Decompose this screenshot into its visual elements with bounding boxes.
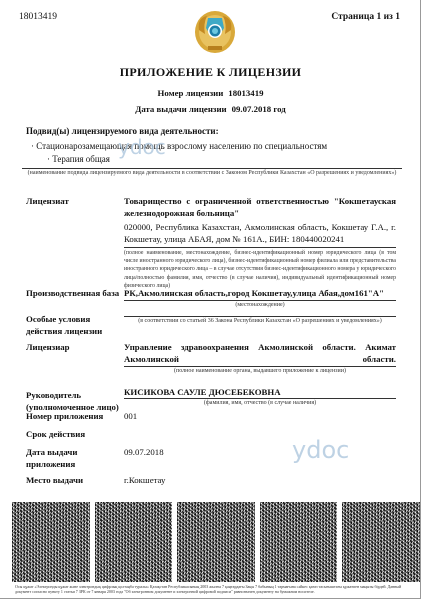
license-appendix-page: 18013419 Страница 1 из 1 ПРИЛОЖЕНИЕ К ЛИ…: [0, 0, 421, 599]
page-indicator: Страница 1 из 1: [331, 12, 400, 22]
head-label-line1: Руководитель: [26, 389, 119, 401]
place-label: Место выдачи: [26, 474, 83, 486]
license-date-value: 09.07.2018 год: [232, 104, 286, 114]
state-emblem-icon: [193, 8, 237, 56]
license-number-line: Номер лицензии18013419: [0, 88, 421, 98]
production-base-caption: (местонахождение): [124, 301, 396, 309]
production-base-value: РК,Акмолинская область,город Кокшетау,ул…: [124, 287, 396, 299]
appendix-number-value: 001: [124, 410, 396, 422]
license-date-line: Дата выдачи лицензии09.07.2018 год: [0, 104, 421, 114]
page-title: ПРИЛОЖЕНИЕ К ЛИЦЕНЗИИ: [0, 65, 421, 80]
qr-code: [177, 502, 255, 582]
special-conditions-label: Особые условия действия лицензии: [26, 313, 102, 337]
subtypes-caption: (наименование подвида лицензируемого вид…: [22, 169, 402, 177]
qr-code: [342, 502, 420, 582]
license-date-label: Дата выдачи лицензии: [135, 104, 226, 114]
appendix-number-label: Номер приложения: [26, 410, 103, 422]
licensee-caption: (полное наименование, местонахождение, б…: [124, 249, 396, 290]
appendix-date-value: 09.07.2018: [124, 446, 396, 458]
watermark: ydoc: [292, 436, 349, 464]
qr-code: [260, 502, 338, 582]
license-number-label: Номер лицензии: [158, 88, 224, 98]
head-caption: (фамилия, имя, отчество (в случае наличи…: [124, 399, 396, 407]
subtype-item: · Стационарозамещающая помощь взрослому …: [31, 141, 327, 151]
validity-label: Срок действия: [26, 428, 85, 440]
document-number: 18013419: [19, 12, 57, 22]
qr-code: [95, 502, 173, 582]
licensor-label: Лицензиар: [26, 341, 70, 353]
appendix-date-label: Дата выдачи приложения: [26, 446, 77, 470]
licensor-caption: (полное наименование органа, выдавшего п…: [124, 367, 396, 375]
appendix-date-label-line1: Дата выдачи: [26, 446, 77, 458]
subtype-item: · Терапия общая: [47, 154, 110, 164]
production-base-label: Производственная база: [26, 287, 119, 299]
special-conditions-label-line1: Особые условия: [26, 313, 102, 325]
place-value: г.Кокшетау: [124, 474, 396, 486]
special-conditions-label-line2: действия лицензии: [26, 325, 102, 337]
licensee-label: Лицензиат: [26, 195, 69, 207]
special-conditions-caption: (в соответствии со статьей 36 Закона Рес…: [124, 317, 396, 325]
divider: [124, 247, 396, 248]
licensor-value-text: Управление здравоохранения Акмолинской о…: [124, 342, 396, 364]
appendix-date-label-line2: приложения: [26, 458, 77, 470]
head-value: КИСИКОВА САУЛЕ ДЮСЕБЕКОВНА: [124, 386, 396, 398]
licensor-value: Управление здравоохранения Акмолинской о…: [124, 341, 396, 365]
license-number-value: 18013419: [228, 88, 263, 98]
licensee-name: Товарищество с ограниченной ответственно…: [124, 195, 396, 219]
qr-code: [12, 502, 90, 582]
qr-code-row: [12, 502, 420, 582]
licensee-address: 020000, Республика Казахстан, Акмолинска…: [124, 221, 396, 245]
footer-legal-note: Осы құжат «Электронды құжат және электро…: [15, 584, 410, 594]
watermark: ydoc: [118, 135, 166, 159]
